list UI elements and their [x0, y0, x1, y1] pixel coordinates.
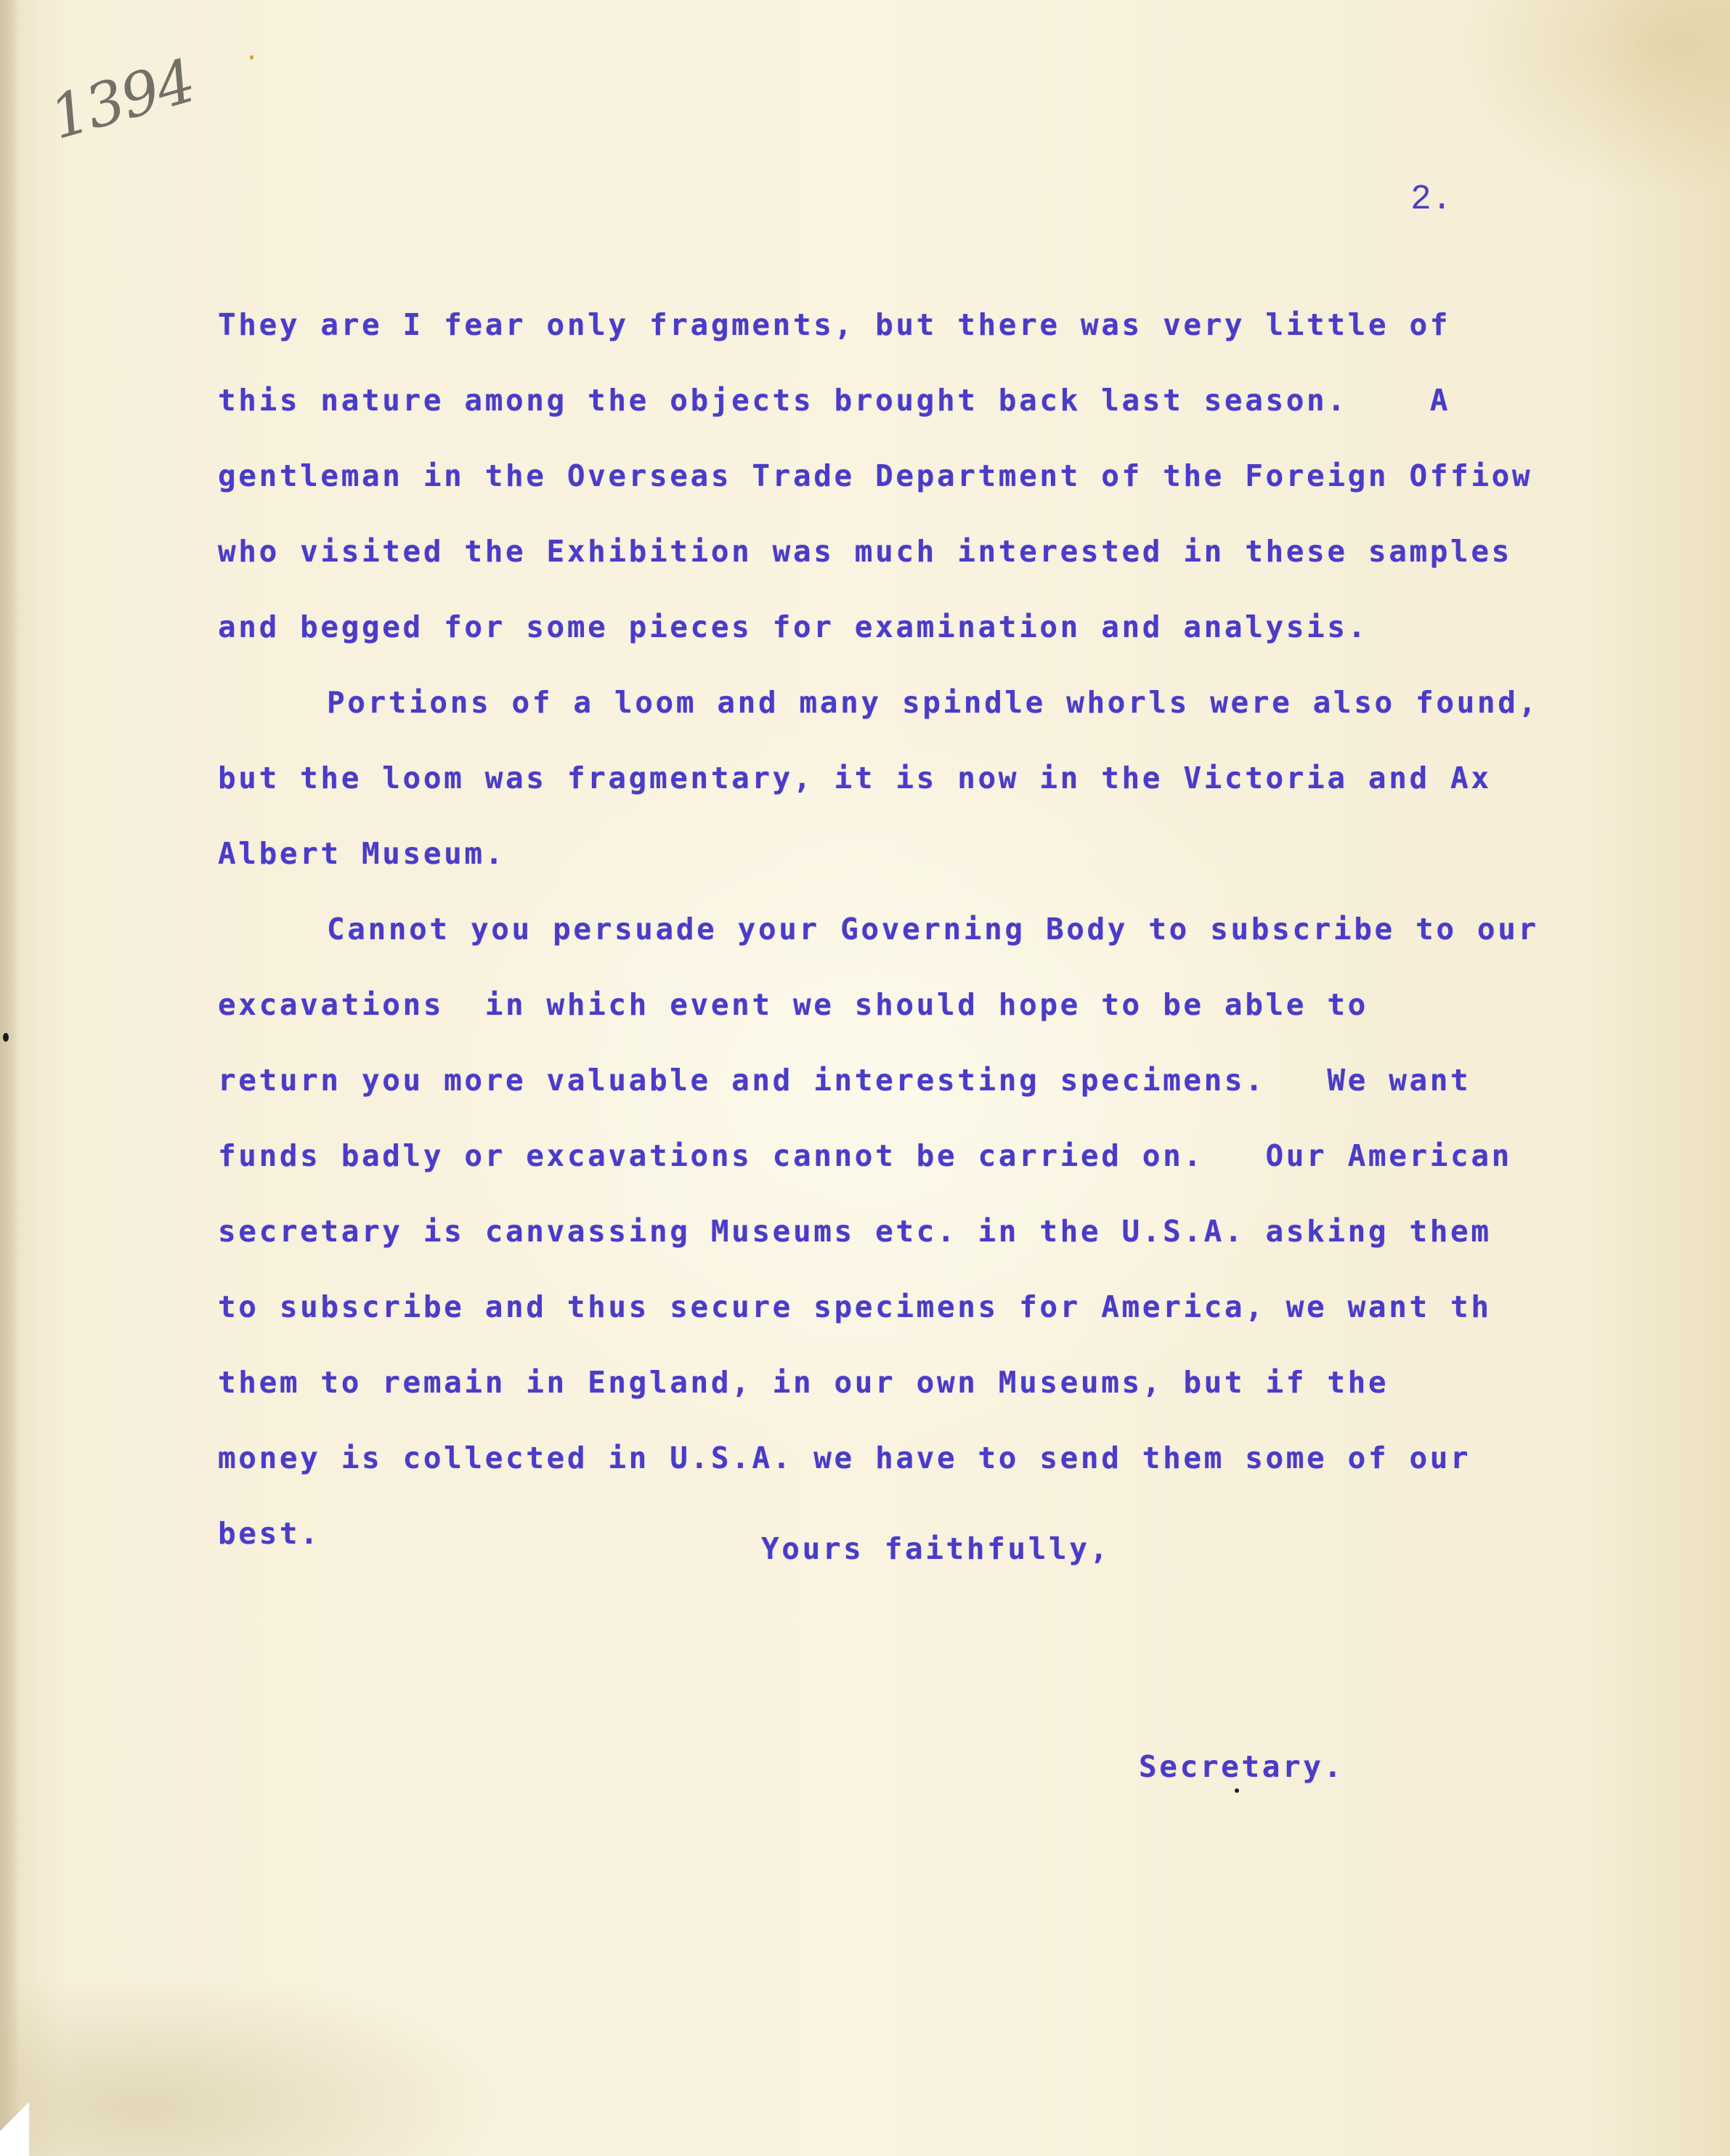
text-line: but the loom was fragmentary, it is now … [218, 740, 1641, 816]
paper-left-edge-shadow [0, 0, 19, 2156]
text-line: excavations in which event we should hop… [218, 967, 1641, 1042]
text-line: return you more valuable and interesting… [218, 1042, 1641, 1118]
text-line: and begged for some pieces for examinati… [218, 589, 1641, 665]
paragraph-1: They are I fear only fragments, but ther… [218, 287, 1641, 665]
paragraph-3: Cannot you persuade your Governing Body … [218, 891, 1641, 1571]
text-line: who visited the Exhibition was much inte… [218, 514, 1641, 589]
text-line: secretary is canvassing Museums etc. in … [218, 1193, 1641, 1269]
paragraph-2: Portions of a loom and many spindle whor… [218, 665, 1641, 891]
ink-speck [3, 1033, 9, 1042]
page-number: 2. [1410, 180, 1453, 219]
paper-stain-speck [250, 55, 253, 60]
text-line: gentleman in the Overseas Trade Departme… [218, 438, 1641, 514]
text-line: Cannot you persuade your Governing Body … [218, 891, 1641, 967]
paper-corner-fold [0, 2076, 29, 2156]
text-line: They are I fear only fragments, but ther… [218, 287, 1641, 362]
letter-body: They are I fear only fragments, but ther… [218, 287, 1641, 1571]
text-line: Portions of a loom and many spindle whor… [218, 665, 1641, 740]
text-line: them to remain in England, in our own Mu… [218, 1345, 1641, 1420]
letter-closing: Yours faithfully, [761, 1531, 1110, 1566]
text-line: funds badly or excavations cannot be car… [218, 1118, 1641, 1193]
signature-title: Secretary. [1139, 1749, 1344, 1784]
text-line: Albert Museum. [218, 816, 1641, 891]
text-line: money is collected in U.S.A. we have to … [218, 1420, 1641, 1496]
ink-speck [1235, 1788, 1239, 1793]
text-line: to subscribe and thus secure specimens f… [218, 1269, 1641, 1345]
text-line: this nature among the objects brought ba… [218, 362, 1641, 438]
